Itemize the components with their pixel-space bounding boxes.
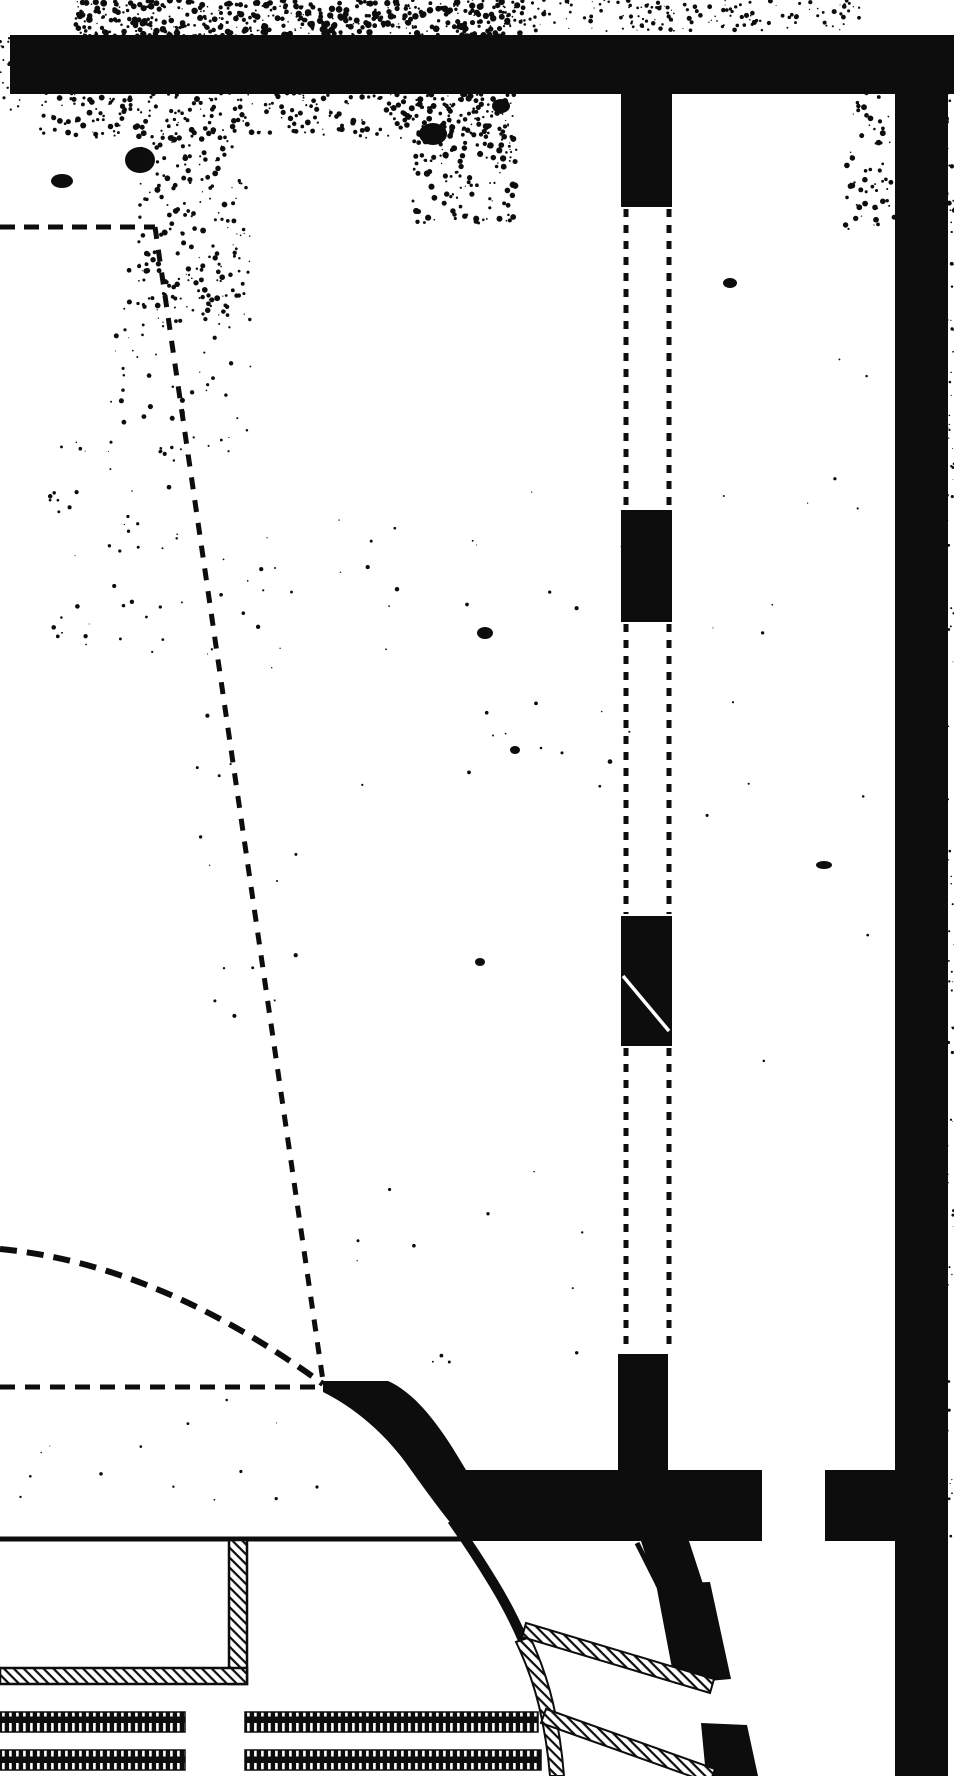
stair-band-1-west [0,1712,185,1732]
scan-noise-right-room [706,228,869,1062]
scan-noise-low-scatter [356,1171,583,1364]
plan-canvas [0,0,954,1776]
colonnade-pier-2 [621,510,672,622]
ink-blob-1 [51,174,73,188]
ink-blob-9 [723,278,737,288]
scan-noise-left-mid [48,442,178,653]
scanned-plan-page [0,0,954,1776]
ink-blob-5 [816,861,832,869]
ink-blob-7 [510,746,520,754]
scan-noise-diagonal-dots [181,537,298,1018]
scan-noise-layer [0,0,954,1549]
right-wall [895,35,948,1776]
scan-noise-blob-cluster [412,86,519,225]
stair-band-2-east [245,1750,541,1770]
south-wall-east-segment [825,1470,895,1541]
colonnade-pier-4 [618,1354,668,1470]
ink-blob-6 [477,627,493,639]
plan-linework-layer [0,35,954,1776]
stair-band-2-west [0,1750,185,1770]
scan-noise-mid-room [290,491,630,787]
ink-blob-8 [475,958,485,966]
radial-wall-hatched-b [541,1709,715,1776]
colonnade-pier-1 [621,94,672,207]
restored-wall-vertical [229,1540,247,1684]
scan-noise-stain-fade [108,251,251,457]
top-wall [10,35,954,94]
ink-blob-2 [125,147,155,173]
scan-noise-top-dirt-west [74,0,527,41]
scan-noise-bottom-left [19,1399,318,1501]
projection-dash-arc [0,1249,323,1384]
scan-noise-top-dirt-east [519,0,861,32]
stair-band-1-east [245,1712,538,1732]
restored-wall-horizontal [0,1668,247,1684]
south-wall-and-curve [323,1381,762,1541]
